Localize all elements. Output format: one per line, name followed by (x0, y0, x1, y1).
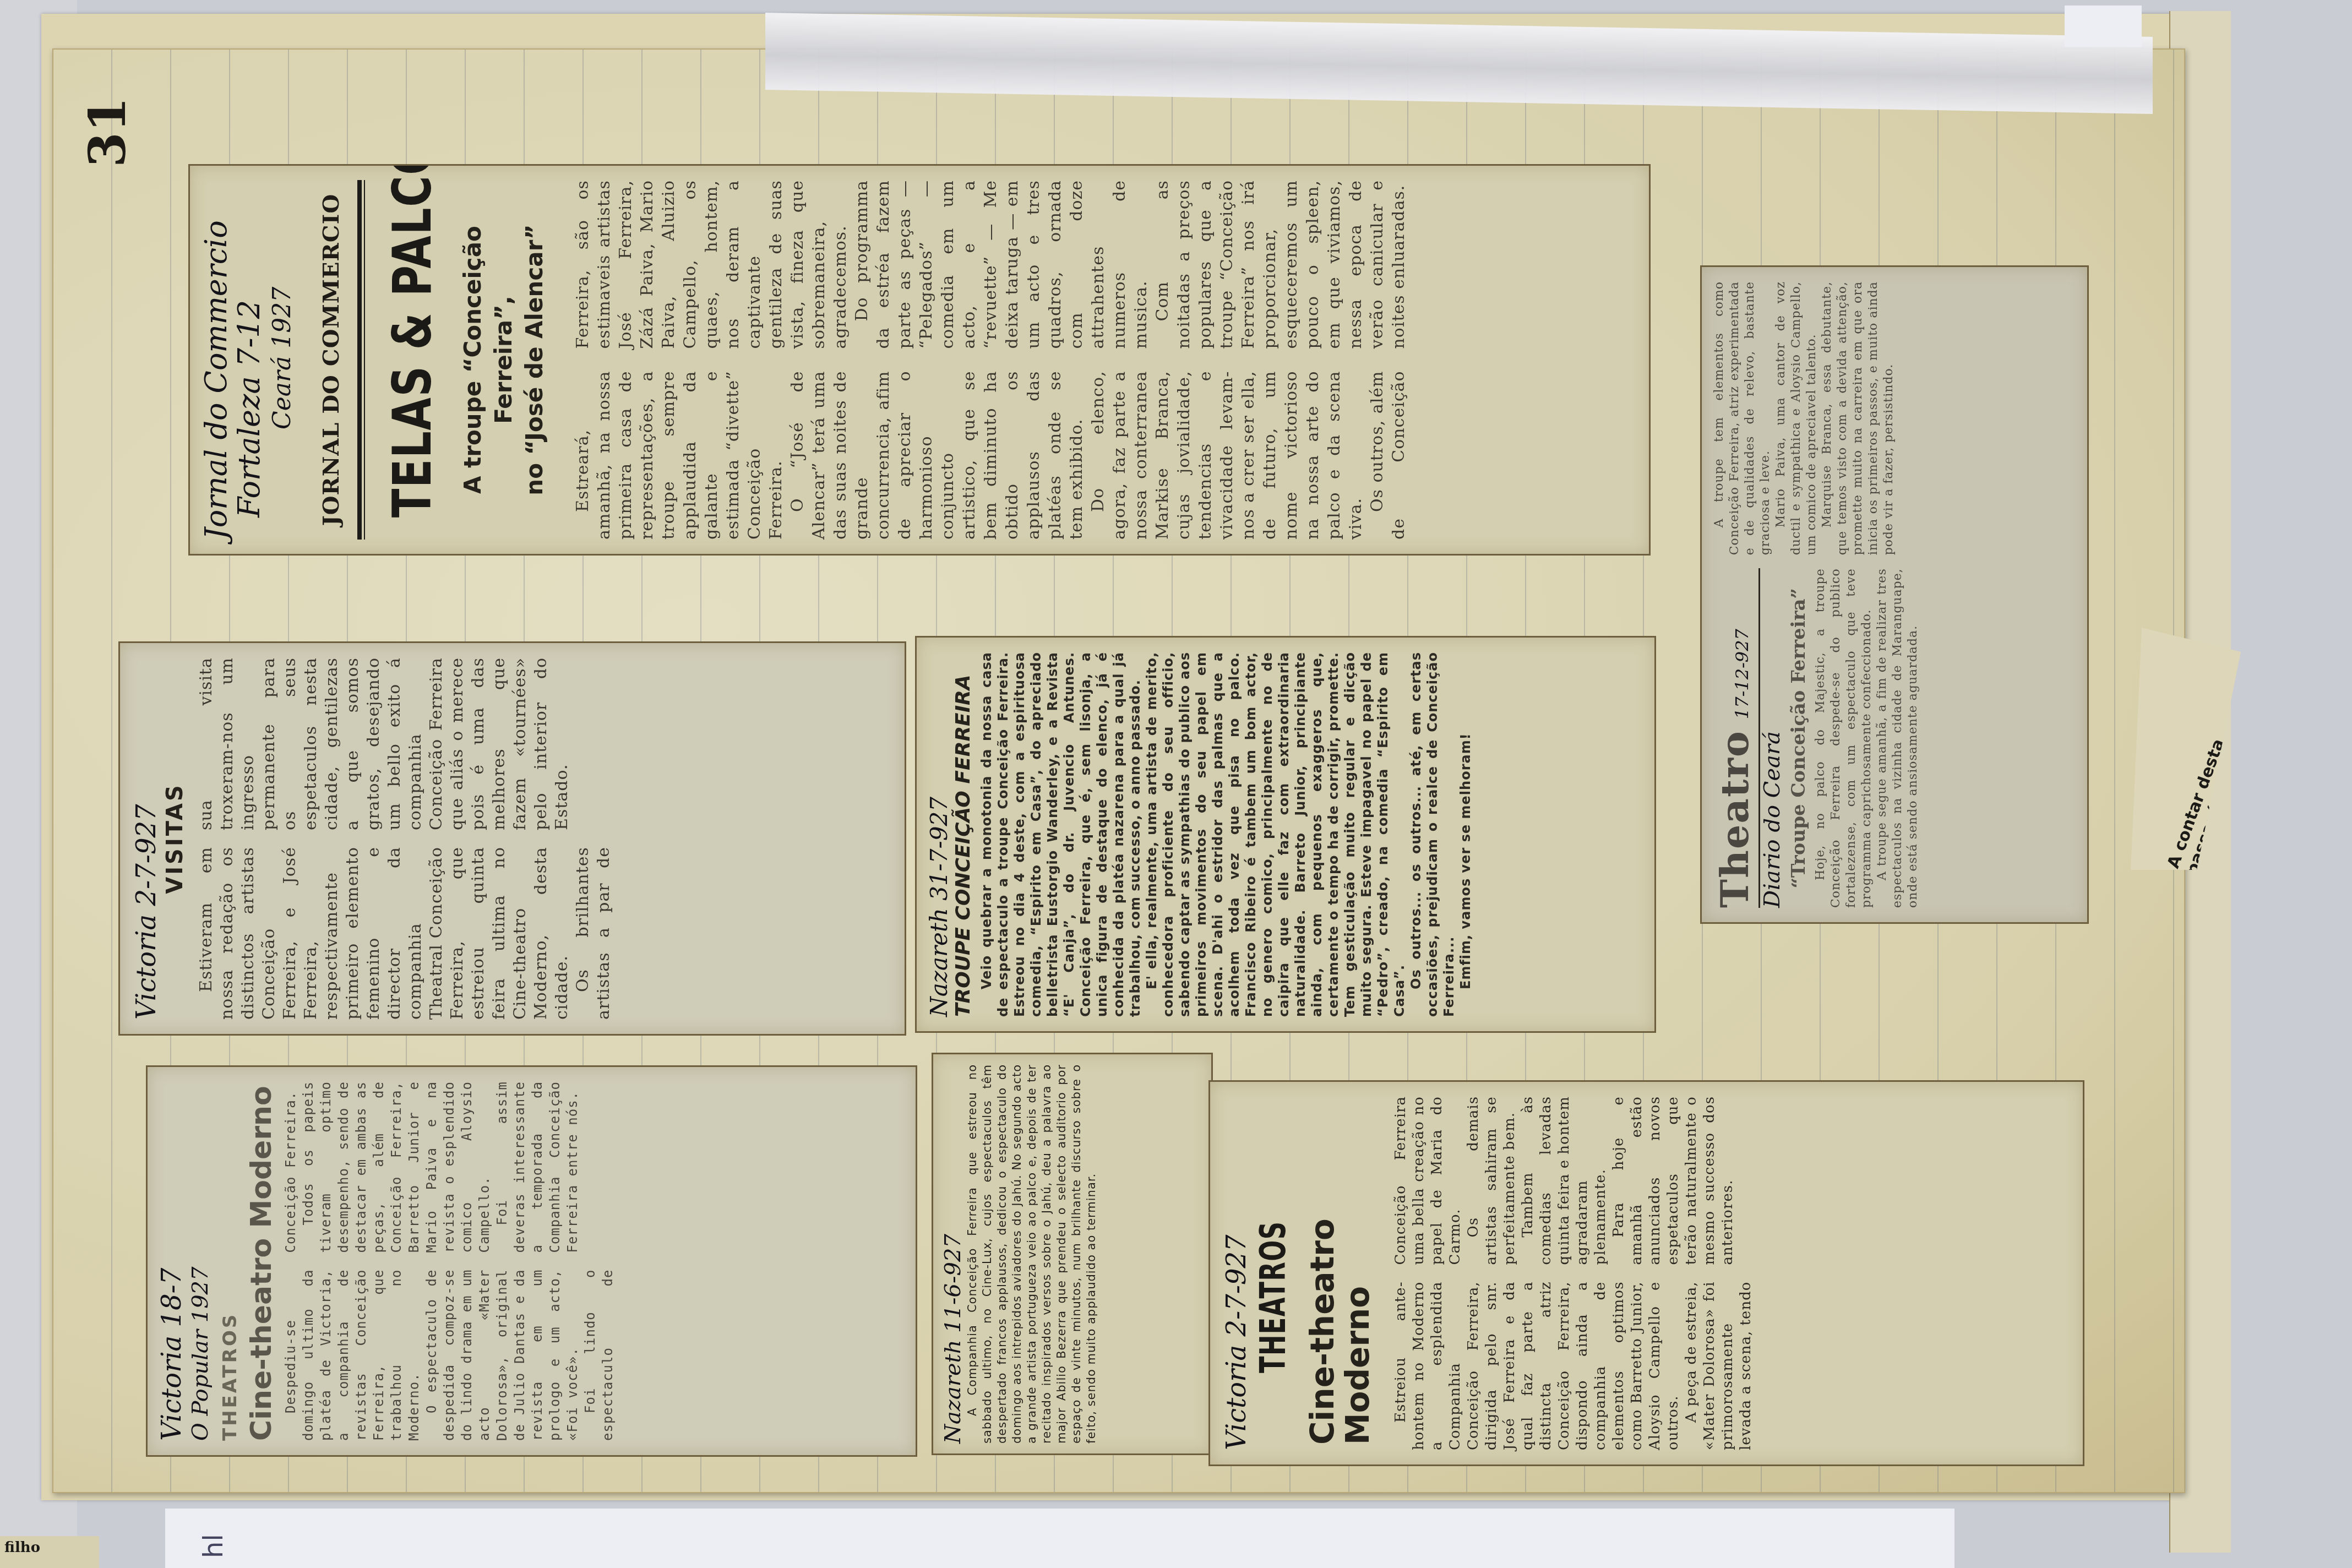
clipping-theatro-diario-ceara: Theatro 17-12-927 Diario do Ceará “Troup… (1700, 265, 2089, 924)
article-title: Cine-theatro Moderno (246, 1081, 277, 1441)
handwritten-date: 17-12-927 (1725, 629, 1758, 719)
masthead: JORNAL DO COMMERCIO (318, 180, 344, 540)
clipping-nazareth-jahu: Nazareth 11-6-927 A Companhia Conceição … (932, 1053, 1213, 1455)
article-body: A Companhia Conceição Ferreira que estre… (965, 1064, 1099, 1444)
article-title: VISITAS (160, 657, 190, 1020)
article-body: Estreará, amanhã, na nossa primeira casa… (572, 180, 1453, 540)
article-body: Veio quebrar a monotonia da nossa casa d… (978, 652, 1474, 1017)
article-title: TROUPE CONCEIÇÃO FERREIRA (952, 652, 975, 1017)
white-paper-insert-top-right (2065, 6, 2142, 47)
handwritten-note: Victoria 2-7-927 (1220, 1096, 1253, 1450)
article-body-part-1: Hoje, no palco do Majestic, a troupe Con… (1813, 568, 1921, 908)
section-label: THEATROS (215, 1081, 246, 1441)
article-body-part-2: A troupe tem elementos como Conceição Fe… (1712, 281, 2077, 555)
handwritten-note: Nazareth 31-7-927 (927, 652, 952, 1017)
article-subtitle: “Troupe Conceição Ferreira” (1788, 568, 1810, 908)
article-title: Cine-theatro Moderno (1305, 1213, 1375, 1445)
article-title: TELAS & PALCOS (382, 248, 443, 518)
handwritten-note: Victoria 2-7-927 (130, 657, 163, 1020)
handwritten-note: Jornal do Commercio Fortaleza 7-12 Ceará… (200, 180, 318, 540)
page-number: 31 (74, 77, 140, 187)
handwritten-note: Victoria 18-7 O Popular 1927 (157, 1081, 215, 1441)
white-paper-insert-bottom (165, 1509, 1954, 1568)
clipping-troupe-conceicao-ferreira: Nazareth 31-7-927 TROUPE CONCEIÇÃO FERRE… (915, 636, 1656, 1033)
clipping-victoria-cine-moderno: Victoria 18-7 O Popular 1927 THEATROS Ci… (146, 1065, 917, 1457)
article-subtitle: A troupe “Conceição Ferreira”, no “José … (458, 180, 550, 540)
article-body: Estreiou ante-hontem no Moderno a esplen… (1392, 1096, 2025, 1450)
bottom-handwritten-mark: hl (198, 1534, 229, 1558)
article-title: Theatro 17-12-927 (1712, 568, 1758, 908)
article-body: Estiveram em nossa redação os distinctos… (196, 657, 851, 1020)
clipping-theatros-victoria: Victoria 2-7-927 THEATROS Cine-theatro M… (1208, 1080, 2084, 1466)
clipping-visitas: Victoria 2-7-927 VISITAS Estiveram em no… (118, 641, 906, 1036)
handwritten-source: Diario do Ceará (1758, 568, 1784, 908)
bottom-tab: filho (0, 1536, 99, 1568)
article-body: Despediu-se domingo ultimo da platéa de … (282, 1081, 904, 1441)
section-title: THEATROS (1253, 1179, 1294, 1373)
clipping-telas-palcos: Jornal do Commercio Fortaleza 7-12 Ceará… (188, 164, 1651, 556)
fragment-text: A contar desta passará a circular da man… (2164, 657, 2313, 891)
handwritten-note: Nazareth 11-6-927 (941, 1064, 965, 1444)
